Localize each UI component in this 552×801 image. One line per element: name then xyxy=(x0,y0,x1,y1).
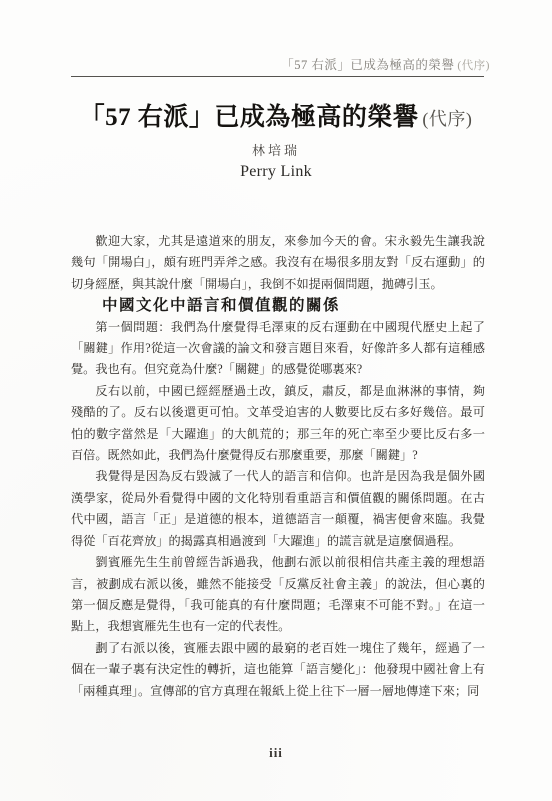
page-title-text: 「57 右派」已成為極高的榮譽 xyxy=(80,104,419,131)
running-header-title: 「57 右派」已成為極高的榮譽 xyxy=(281,58,454,72)
paragraph-intro: 歡迎大家，尤其是遠道來的朋友，來參加今天的會。宋永毅先生讓我說幾句「開場白」，頗… xyxy=(71,231,485,295)
header-rule xyxy=(71,76,484,77)
paragraph: 我覺得是因為反右毀滅了一代人的語言和信仰。也許是因為我是個外國漢學家，從局外看覺… xyxy=(71,466,485,552)
section-heading: 中國文化中語言和價值觀的關係 xyxy=(71,295,485,316)
title-block: 「57 右派」已成為極高的榮譽(代序) 林培瑞 Perry Link xyxy=(0,97,552,181)
author-name-english: Perry Link xyxy=(0,163,552,181)
page-title: 「57 右派」已成為極高的榮譽(代序) xyxy=(0,97,552,133)
page-title-suffix: (代序) xyxy=(422,109,472,129)
running-header: 「57 右派」已成為極高的榮譽(代序) xyxy=(71,55,490,73)
author-name-chinese: 林培瑞 xyxy=(0,140,552,159)
body-text: 歡迎大家，尤其是遠道來的朋友，來參加今天的會。宋永毅先生讓我說幾句「開場白」，頗… xyxy=(71,231,485,702)
page-number: iii xyxy=(0,745,552,761)
paragraph: 反右以前，中國已經經歷過土改，鎮反，肅反，都是血淋淋的事情，夠殘酷的了。反右以後… xyxy=(71,381,485,467)
paragraph: 劉賓雁先生生前曾經告訴過我，他劃右派以前很相信共產主義的理想語言，被劃成右派以後… xyxy=(71,552,485,638)
scanned-book-page: 「57 右派」已成為極高的榮譽(代序) 「57 右派」已成為極高的榮譽(代序) … xyxy=(0,0,552,801)
running-header-suffix: (代序) xyxy=(457,60,490,72)
paragraph: 劃了右派以後，賓雁去跟中國的最窮的老百姓一塊住了幾年，經過了一個在一輩子裏有決定… xyxy=(71,638,485,702)
paragraph: 第一個問題：我們為什麼覺得毛澤東的反右運動在中國現代歷史上起了「關鍵」作用?從這… xyxy=(71,317,485,381)
